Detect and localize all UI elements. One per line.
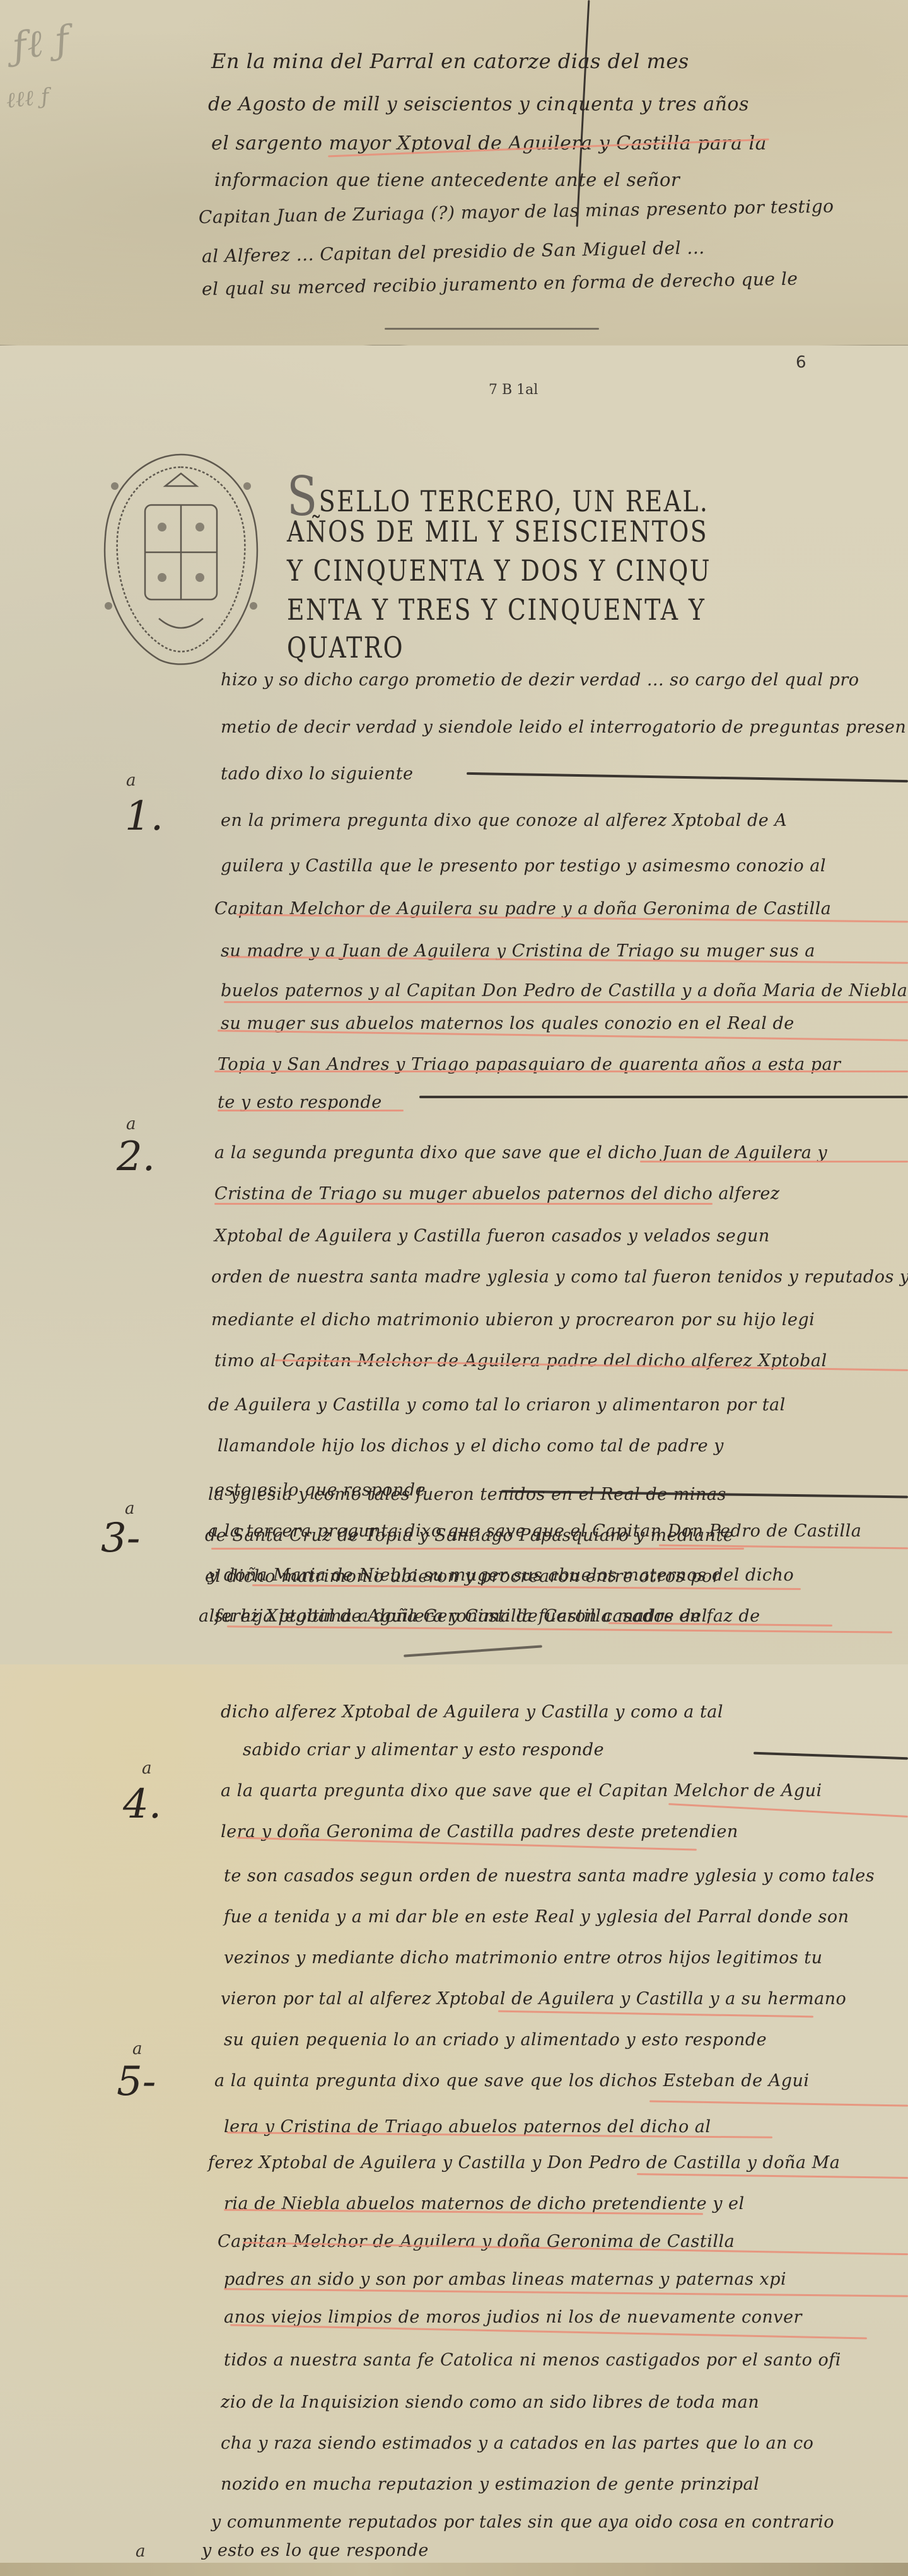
continuation-line-1: dicho alferez Xptobal de Aguilera y Cast… [221,1702,723,1722]
q5-line-13: y esto es lo que responde [202,2541,429,2560]
line-filler-stroke [419,1096,908,1098]
q2-line-8: llamandole hijo los dichos y el dicho co… [218,1436,724,1456]
closing-flourish [385,328,599,330]
q5-line-8: tidos a nuestra santa fe Catolica ni men… [224,2350,841,2370]
red-underline [211,1548,744,1550]
q5-line-1: a la quinta pregunta dixo que save que l… [214,2071,810,2091]
royal-seal-icon [96,448,266,669]
intro-line-1: hizo y so dicho cargo prometio de dezir … [221,670,859,690]
stamp-line-2: Años de mil y seiscientos [287,514,708,548]
q1-line-1: en la primera pregunta dixo que conoze a… [221,811,787,830]
q5-line-6: padres an sido y son por ambas lineas ma… [224,2270,786,2289]
page-number: 6 [796,353,806,372]
stamp-line-3: y cinquenta y dos y cinqu [287,554,711,588]
q5-line-11: nozido en mucha reputazion y estimazion … [221,2474,759,2494]
q3-line-5: de Santa Cruz de Topia y Santiago Papasq… [205,1526,733,1545]
red-underline [218,1110,404,1111]
q4-line-5: vezinos y mediante dicho matrimonio entr… [224,1948,823,1968]
q4-line-4: fue a tenida y a mi dar ble en este Real… [224,1907,849,1927]
q5-line-12: y comunmente reputados por tales sin que… [211,2512,834,2532]
fragment-1-line-5: Capitan Juan de Zuriaga (?) mayor de las… [199,195,834,228]
q3-line-6: el dicho matrimonio ubieron y procrearon… [205,1567,721,1586]
intro-line-3: tado dixo lo siguiente [221,764,414,784]
red-underline [214,1070,908,1072]
fragment-1-line-2: de Agosto de mill y seiscientos y cinque… [208,93,749,115]
bleed-through-marks: ƒℓ ƒ [9,18,72,69]
q2-line-5: mediante el dicho matrimonio ubieron y p… [211,1310,815,1330]
manuscript-fragment-2-bottom: la yglesia y como tales fueron tenidos e… [0,1463,908,1664]
q1-line-5: buelos paternos y al Capitan Don Pedro d… [221,981,907,1001]
scan-footer-strip [0,2563,908,2576]
red-underline [640,1161,908,1163]
q5-line-7: anos viejos limpios de moros judios ni l… [224,2307,802,2327]
q4-line-1: a la quarta pregunta dixo que save que e… [221,1781,822,1801]
bleed-through-marks: ℓℓℓ ƒ [5,84,50,113]
fragment-1-line-1: En la mina del Parral en catorze dias de… [211,49,689,73]
fragment-1-line-7: el qual su merced recibio juramento en f… [202,269,798,299]
q4-line-7: su quien pequenia lo an criado y aliment… [224,2030,767,2050]
q4-line-3: te son casados segun orden de nuestra sa… [224,1866,875,1886]
manuscript-fragment-3: dicho alferez Xptobal de Aguilera y Cast… [0,1664,908,2563]
intro-line-2: metio de decir verdad y siendole leido e… [221,717,906,737]
closing-flourish [404,1645,542,1657]
end-marker-sup: a [136,2542,146,2561]
question-4-marker: 4. [123,1784,161,1825]
q2-line-4: orden de nuestra santa madre yglesia y c… [211,1267,908,1287]
line-filler-stroke [754,1752,908,1760]
question-2-marker-sup: a [126,1115,136,1134]
q5-line-3: ferez Xptobal de Aguilera y Castilla y D… [208,2153,840,2173]
fragment-1-line-6: al Alferez ... Capitan del presidio de S… [202,237,705,267]
line-filler-stroke [467,772,908,782]
q2-line-3: Xptobal de Aguilera y Castilla fueron ca… [214,1226,770,1246]
red-underline [224,1001,908,1003]
q2-line-1: a la segunda pregunta dixo que save que … [214,1143,827,1163]
question-1-marker: 1. [125,796,163,837]
q2-line-7: de Aguilera y Castilla y como tal lo cri… [208,1395,786,1415]
red-underline [227,1625,892,1633]
question-4-marker-sup: a [142,1759,152,1778]
red-underline [224,2288,908,2297]
stamp-line-1-text: Sello tercero, un real. [319,484,709,518]
question-1-marker-sup: a [126,771,136,790]
red-underline [668,1803,908,1818]
stamp-line-4: enta y tres y cinquenta y [287,593,706,627]
continuation-line-2: sabido criar y alimentar y esto responde [243,1740,604,1760]
q2-line-2: Cristina de Triago su muger abuelos pate… [214,1184,780,1204]
red-underline [649,2100,908,2106]
q3-line-4: la yglesia y como tales fueron tenidos e… [208,1485,726,1504]
red-underline [637,2173,908,2179]
q1-line-2: guilera y Castilla que le presento por t… [221,856,826,876]
q3-line-7: su hija legitima a doña Geronima de Cast… [214,1606,707,1626]
question-5-marker: 5- [117,2062,156,2102]
red-underline [214,1203,713,1205]
fragment-1-line-4: informacion que tiene antecedente ante e… [214,169,680,190]
q5-line-10: cha y raza siendo estimados y a catados … [221,2434,813,2453]
q5-line-9: zio de la Inquisizion siendo como an sid… [221,2393,759,2412]
question-5-marker-sup: a [132,2039,143,2058]
manuscript-fragment-1: ƒℓ ƒ ℓℓℓ ƒ En la mina del Parral en cato… [0,0,908,345]
stamp-mark: 7 B 1al [489,382,538,398]
red-underline [498,2010,813,2018]
stamp-line-5: quatro [287,630,404,664]
q4-line-6: vieron por tal al alferez Xptobal de Agu… [221,1989,846,2009]
question-2-marker: 2. [117,1137,155,1177]
